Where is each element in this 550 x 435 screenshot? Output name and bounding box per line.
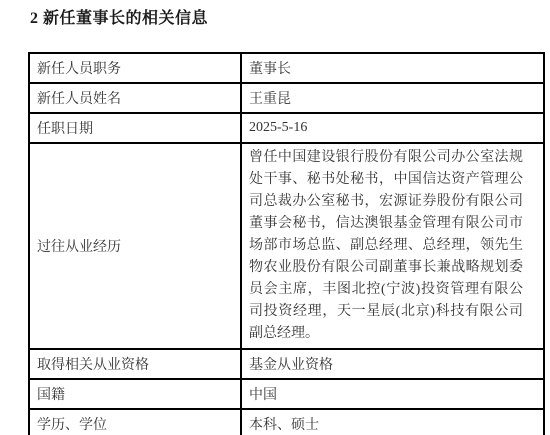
table-row-start-date: 任职日期 2025-5-16	[29, 113, 544, 143]
field-value: 2025-5-16	[241, 113, 544, 143]
table-row-position: 新任人员职务 董事长	[29, 53, 544, 83]
field-value: 中国	[241, 379, 544, 409]
new-chairman-info-table: 新任人员职务 董事长 新任人员姓名 王重昆 任职日期 2025-5-16 过往从…	[28, 52, 545, 435]
table-row-name: 新任人员姓名 王重昆	[29, 83, 544, 113]
table-row-career-history: 过往从业经历 曾任中国建设银行股份有限公司办公室法规处干事、秘书处秘书，中国信达…	[29, 143, 544, 349]
field-value: 王重昆	[241, 83, 544, 113]
table-row-nationality: 国籍 中国	[29, 379, 544, 409]
field-label: 过往从业经历	[29, 143, 241, 349]
field-value: 本科、硕士	[241, 409, 544, 435]
field-value: 董事长	[241, 53, 544, 83]
field-label: 国籍	[29, 379, 241, 409]
field-label: 取得相关从业资格	[29, 349, 241, 379]
page-title: 2 新任董事长的相关信息	[30, 9, 208, 29]
field-label: 学历、学位	[29, 409, 241, 435]
field-value: 基金从业资格	[241, 349, 544, 379]
field-label: 任职日期	[29, 113, 241, 143]
field-label: 新任人员职务	[29, 53, 241, 83]
table-row-qualification: 取得相关从业资格 基金从业资格	[29, 349, 544, 379]
field-label: 新任人员姓名	[29, 83, 241, 113]
table-row-education: 学历、学位 本科、硕士	[29, 409, 544, 435]
field-value: 曾任中国建设银行股份有限公司办公室法规处干事、秘书处秘书，中国信达资产管理公司总…	[241, 143, 544, 349]
